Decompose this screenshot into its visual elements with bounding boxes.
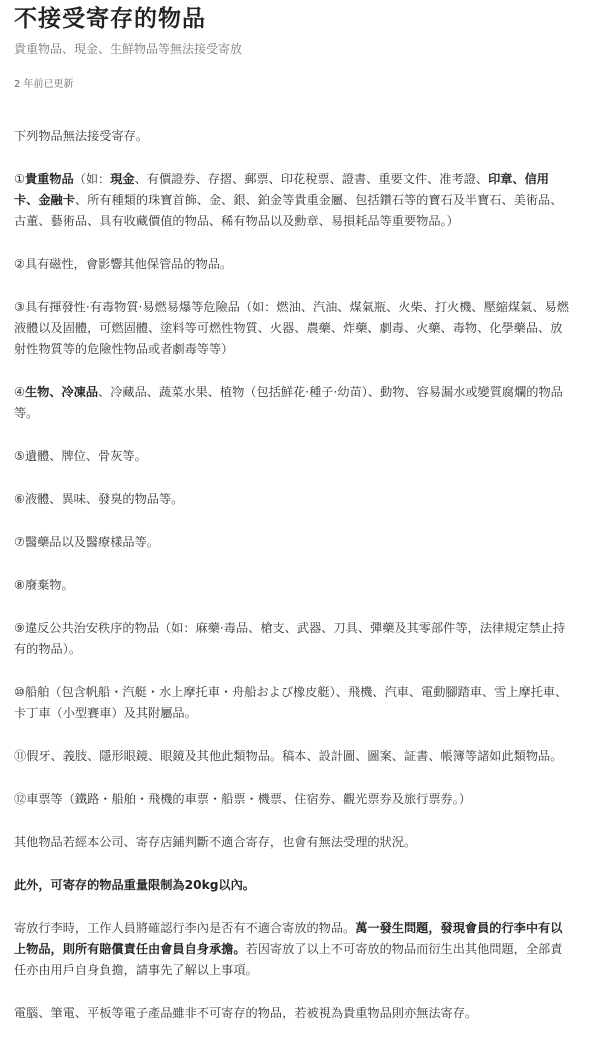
item-number: ⑪ — [14, 749, 26, 763]
item-number: ② — [14, 257, 25, 271]
intro-paragraph: 下列物品無法接受寄存。 — [14, 126, 569, 147]
body-text: （如： — [74, 172, 111, 186]
item-number: ⑫ — [14, 792, 26, 806]
page-subtitle: 貴重物品、現金、生鮮物品等無法接受寄放 — [14, 40, 586, 58]
item-number: ⑩ — [14, 685, 25, 699]
item-number: ⑨ — [14, 621, 25, 635]
emphasis-text: 貴重物品 — [25, 172, 74, 186]
body-text: 船舶（包含帆船・汽艇・水上摩托車・舟船および橡皮艇）、飛機、汽車、電動腳踏車、雪… — [14, 685, 567, 720]
item-number: ④ — [14, 385, 25, 399]
body-text: 廢棄物。 — [25, 578, 74, 592]
body-text: 遺體、牌位、骨灰等。 — [25, 449, 147, 463]
body-text: 具有磁性，會影響其他保管品的物品。 — [25, 257, 232, 271]
item-number: ⑤ — [14, 449, 25, 463]
page-title: 不接受寄存的物品 — [14, 4, 586, 34]
emphasis-text: 現金 — [110, 172, 134, 186]
prohibited-items-list: ①貴重物品（如：現金、有價證券、存摺、郵票、印花稅票、證書、重要文件、准考證、印… — [14, 169, 586, 810]
item-number: ⑥ — [14, 492, 25, 506]
item-number: ① — [14, 172, 25, 186]
prohibited-item: ④生物、冷凍品、冷藏品、蔬菜水果、植物（包括鮮花·種子·幼苗）、動物、容易漏水或… — [14, 382, 569, 424]
prohibited-item: ⑫車票等（鐵路・船舶・飛機的車票・船票・機票、住宿券、觀光票券及旅行票券。） — [14, 789, 569, 810]
prohibited-item: ③具有揮發性·有毒物質·易燃易爆等危險品（如：燃油、汽油、煤氣瓶、火柴、打火機、… — [14, 297, 569, 360]
prohibited-item: ⑨違反公共治安秩序的物品（如：麻藥·毒品、槍支、武器、刀具、彈藥及其零部件等，法… — [14, 618, 569, 660]
prohibited-item: ①貴重物品（如：現金、有價證券、存摺、郵票、印花稅票、證書、重要文件、准考證、印… — [14, 169, 569, 232]
weight-limit-text: 此外，可寄存的物品重量限制為20kg以內。 — [14, 878, 255, 892]
body-text: 液體、異味、發臭的物品等。 — [25, 492, 183, 506]
prohibited-item: ⑧廢棄物。 — [14, 575, 569, 596]
prohibited-item: ⑦醫藥品以及醫療樣品等。 — [14, 532, 569, 553]
emphasis-text: 生物、冷凍品 — [25, 385, 98, 399]
prohibited-item: ⑪假牙、義肢、隱形眼鏡、眼鏡及其他此類物品。稿本、設計圖、圖案、証書、帳簿等諸如… — [14, 746, 569, 767]
article-page: 不接受寄存的物品 貴重物品、現金、生鮮物品等無法接受寄放 2 年前已更新 下列物… — [0, 0, 600, 1024]
prohibited-item: ⑩船舶（包含帆船・汽艇・水上摩托車・舟船および橡皮艇）、飛機、汽車、電動腳踏車、… — [14, 682, 569, 724]
body-text: 車票等（鐵路・船舶・飛機的車票・船票・機票、住宿券、觀光票券及旅行票券。） — [26, 792, 471, 806]
weight-limit-paragraph: 此外，可寄存的物品重量限制為20kg以內。 — [14, 875, 569, 896]
item-number: ⑦ — [14, 535, 25, 549]
body-text: 假牙、義肢、隱形眼鏡、眼鏡及其他此類物品。稿本、設計圖、圖案、証書、帳簿等諸如此… — [26, 749, 562, 763]
prohibited-item: ②具有磁性，會影響其他保管品的物品。 — [14, 254, 569, 275]
updated-timestamp: 2 年前已更新 — [14, 78, 586, 92]
article-body: 下列物品無法接受寄存。 ①貴重物品（如：現金、有價證券、存摺、郵票、印花稅票、證… — [14, 126, 586, 1024]
check-note-paragraph: 寄放行李時，工作人員將確認行李內是否有不適合寄放的物品。萬一發生問題，發現會員的… — [14, 918, 569, 981]
electronics-note-paragraph: 電腦、筆電、平板等電子產品雖非不可寄存的物品，若被視為貴重物品則亦無法寄存。 — [14, 1003, 569, 1024]
item-number: ⑧ — [14, 578, 25, 592]
prohibited-item: ⑤遺體、牌位、骨灰等。 — [14, 446, 569, 467]
body-text: 、有價證券、存摺、郵票、印花稅票、證書、重要文件、准考證、 — [135, 172, 488, 186]
body-text: 違反公共治安秩序的物品（如：麻藥·毒品、槍支、武器、刀具、彈藥及其零部件等，法律… — [14, 621, 565, 656]
body-text: 具有揮發性·有毒物質·易燃易爆等危險品（如：燃油、汽油、煤氣瓶、火柴、打火機、壓… — [14, 300, 569, 356]
item-number: ③ — [14, 300, 25, 314]
other-note-paragraph: 其他物品若經本公司、寄存店鋪判斷不適合寄存，也會有無法受理的狀況。 — [14, 832, 569, 853]
body-text: 寄放行李時，工作人員將確認行李內是否有不適合寄放的物品。 — [14, 921, 355, 935]
body-text: 、所有種類的珠寶首飾、金、銀、鉑金等貴重金屬、包括鑽石等的寶石及半寶石、美術品、… — [14, 193, 562, 228]
body-text: 醫藥品以及醫療樣品等。 — [25, 535, 159, 549]
prohibited-item: ⑥液體、異味、發臭的物品等。 — [14, 489, 569, 510]
